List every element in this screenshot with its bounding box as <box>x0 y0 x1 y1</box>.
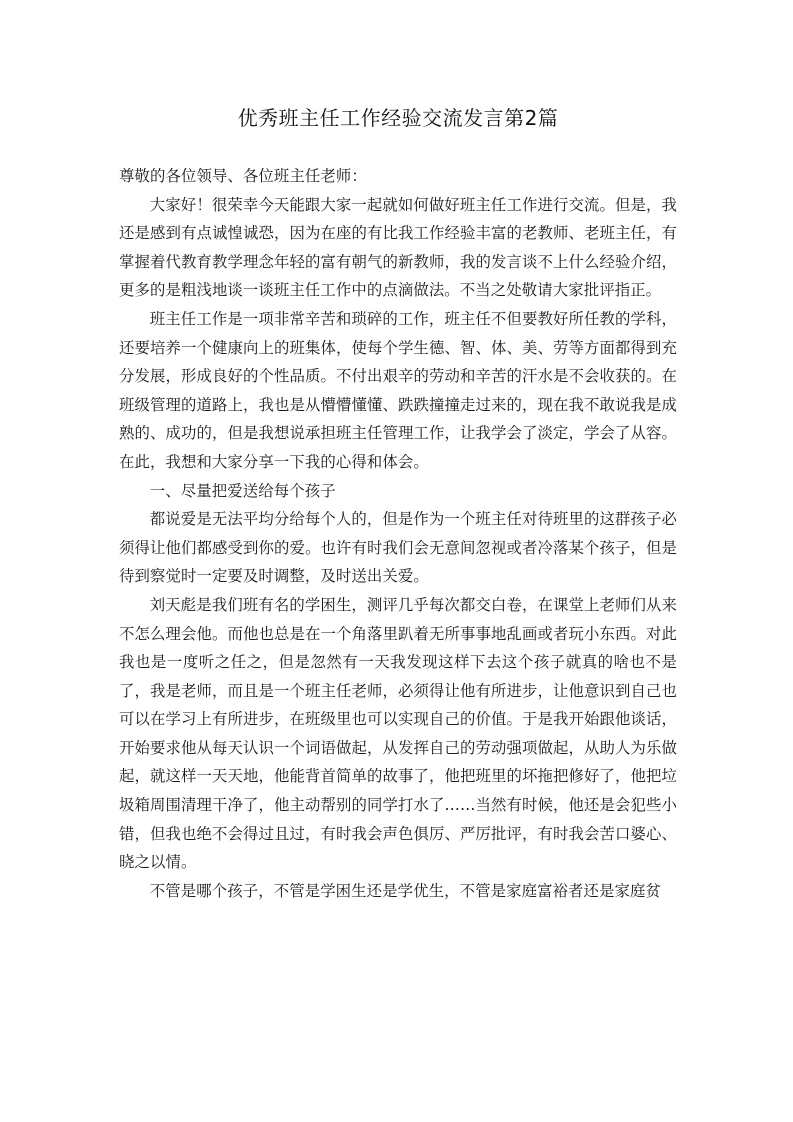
paragraph-intro: 大家好！很荣幸今天能跟大家一起就如何做好班主任工作进行交流。但是，我还是感到有点… <box>119 191 677 305</box>
salutation: 尊敬的各位领导、各位班主任老师： <box>119 162 677 191</box>
paragraph-continued: 不管是哪个孩子，不管是学困生还是学优生，不管是家庭富裕者还是家庭贫 <box>119 877 677 906</box>
paragraph-work: 班主任工作是一项非常辛苦和琐碎的工作，班主任不但要教好所任教的学科，还要培养一个… <box>119 305 677 477</box>
paragraph-story: 刘天彪是我们班有名的学困生，测评几乎每次都交白卷，在课堂上老师们从来不怎么理会他… <box>119 591 677 877</box>
section-heading-1: 一、尽量把爱送给每个孩子 <box>119 477 677 506</box>
paragraph-love: 都说爱是无法平均分给每个人的，但是作为一个班主任对待班里的这群孩子必须得让他们都… <box>119 505 677 591</box>
document-body: 尊敬的各位领导、各位班主任老师： 大家好！很荣幸今天能跟大家一起就如何做好班主任… <box>119 162 677 905</box>
document-title: 优秀班主任工作经验交流发言第2篇 <box>119 104 677 132</box>
